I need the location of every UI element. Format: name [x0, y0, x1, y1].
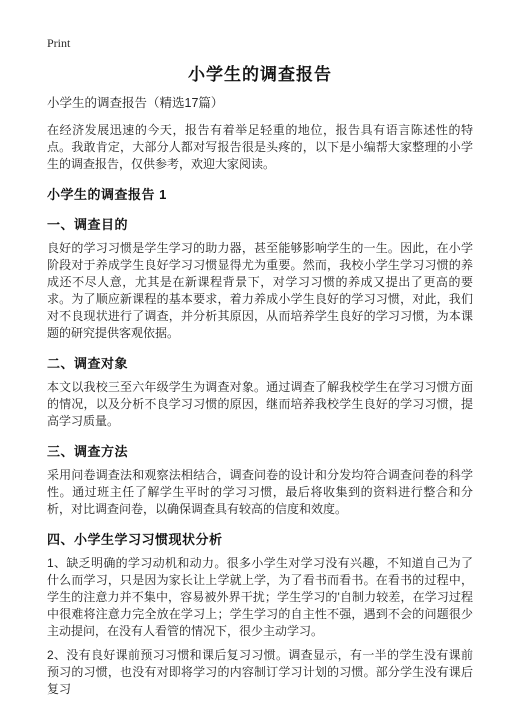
section-paragraph: 1、缺乏明确的学习动机和动力。很多小学生对学习没有兴趣，不知道自己为了什么而学习…	[47, 555, 473, 640]
document-page: Print 小学生的调查报告 小学生的调查报告（精选17篇） 在经济发展迅速的今…	[0, 0, 520, 718]
page-title: 小学生的调查报告	[47, 63, 473, 86]
section-heading-subjects: 二、调查对象	[47, 355, 473, 372]
section-paragraph: 良好的学习习惯是学生学习的助力器，甚至能够影响学生的一生。因此，在小学阶段对于养…	[47, 240, 473, 342]
intro-paragraph: 在经济发展迅速的今天，报告有着举足轻重的地位，报告具有语言陈述性的特点。我敢肯定…	[47, 122, 473, 173]
print-link[interactable]: Print	[47, 36, 473, 51]
section-paragraph: 采用问卷调查法和观察法相结合，调查问卷的设计和分发均符合调查问卷的科学性。通过班…	[47, 467, 473, 518]
section-paragraph: 本文以我校三至六年级学生为调查对象。通过调查了解我校学生在学习习惯方面的情况，以…	[47, 379, 473, 430]
doc-subtitle: 小学生的调查报告（精选17篇）	[47, 95, 473, 111]
section-heading-analysis: 四、小学生学习习惯现状分析	[47, 531, 473, 548]
article-heading: 小学生的调查报告 1	[47, 186, 473, 203]
section-heading-method: 三、调查方法	[47, 443, 473, 460]
section-paragraph-truncated: 2、没有良好课前预习习惯和课后复习习惯。调查显示，有一半的学生没有课前预习的习惯…	[47, 647, 473, 698]
section-heading-purpose: 一、调查目的	[47, 216, 473, 233]
